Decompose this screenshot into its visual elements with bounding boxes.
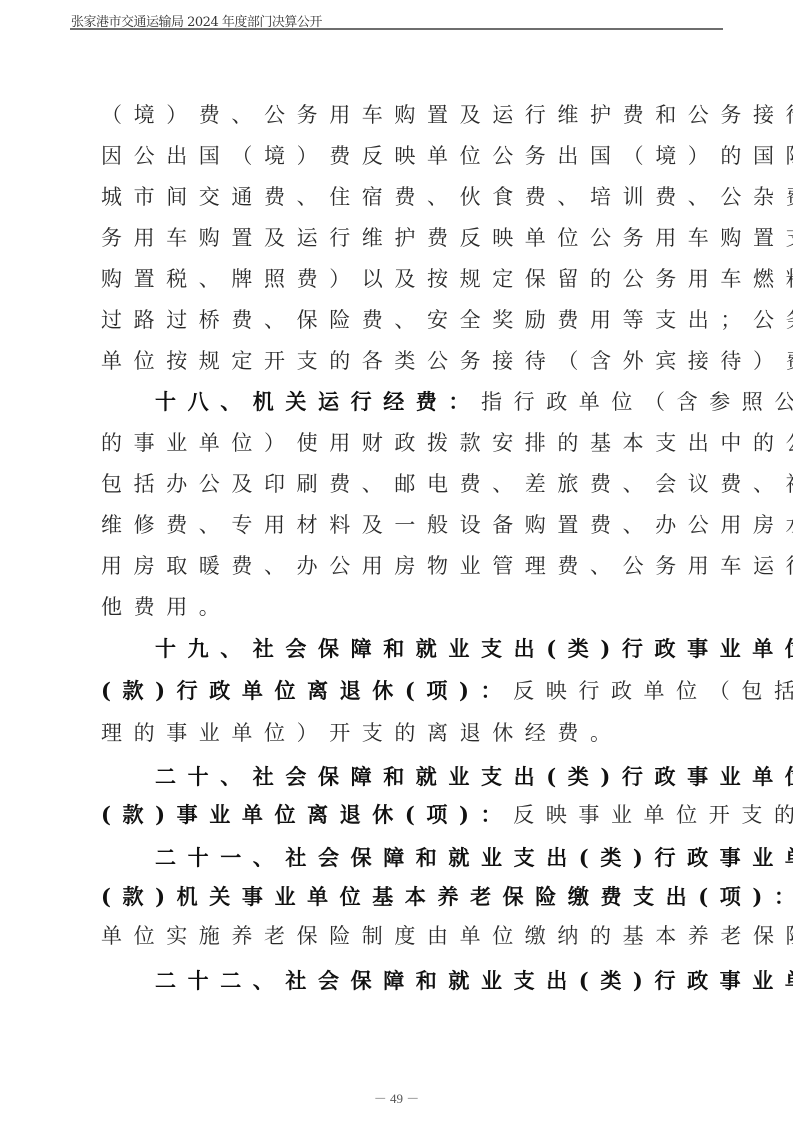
section-heading-line: (款)事业单位离退休(项)：反映事业单位开支的离退休经费。 — [101, 795, 721, 835]
section-heading-line: (款)行政单位离退休(项)：反映行政单位（包括实行公务员管 — [101, 671, 721, 711]
body-line: 务用车购置及运行维护费反映单位公务用车购置支出（含车辆 — [101, 218, 721, 258]
body-line: 用房取暖费、办公用房物业管理费、公务用车运行维护费及其 — [101, 546, 721, 586]
body-line: 理的事业单位）开支的离退休经费。 — [101, 713, 721, 753]
body-line: （境）费、公务用车购置及运行维护费和公务接待费。其中， — [101, 95, 721, 135]
body-line: 包括办公及印刷费、邮电费、差旅费、会议费、福利费、日常 — [101, 464, 721, 504]
body-line: 购置税、牌照费）以及按规定保留的公务用车燃料费、维修费、 — [101, 259, 721, 299]
body-line: 过路过桥费、保险费、安全奖励费用等支出；公务接待费反映 — [101, 300, 721, 340]
section-heading-line: 二十二、社会保障和就业支出(类)行政事业单位养老支出 — [155, 961, 775, 1001]
section-heading-line: 二十、社会保障和就业支出(类)行政事业单位养老支出 — [155, 757, 775, 797]
section-heading-line: 十九、社会保障和就业支出(类)行政事业单位养老支出 — [155, 629, 775, 669]
body-line: 他费用。 — [101, 587, 721, 627]
header-divider — [70, 28, 723, 30]
body-line: 城市间交通费、住宿费、伙食费、培训费、公杂费等支出；公 — [101, 177, 721, 217]
page-number: － 49 － — [0, 1088, 793, 1107]
body-line: 单位实施养老保险制度由单位缴纳的基本养老保险费支出。 — [101, 916, 721, 956]
section-heading-line: 十八、机关运行经费：指行政单位（含参照公务员法管理 — [155, 382, 775, 422]
body-line: 的事业单位）使用财政拨款安排的基本支出中的公用经费支出， — [101, 423, 721, 463]
body-line: 因公出国（境）费反映单位公务出国（境）的国际旅费、国外 — [101, 136, 721, 176]
body-line: 单位按规定开支的各类公务接待（含外宾接待）费用。 — [101, 341, 721, 381]
section-heading-line: (款)机关事业单位基本养老保险缴费支出(项)：反映机关事业 — [101, 877, 721, 917]
section-heading-line: 二十一、社会保障和就业支出(类)行政事业单位养老支出 — [155, 838, 775, 878]
body-line: 维修费、专用材料及一般设备购置费、办公用房水电费、办公 — [101, 505, 721, 545]
